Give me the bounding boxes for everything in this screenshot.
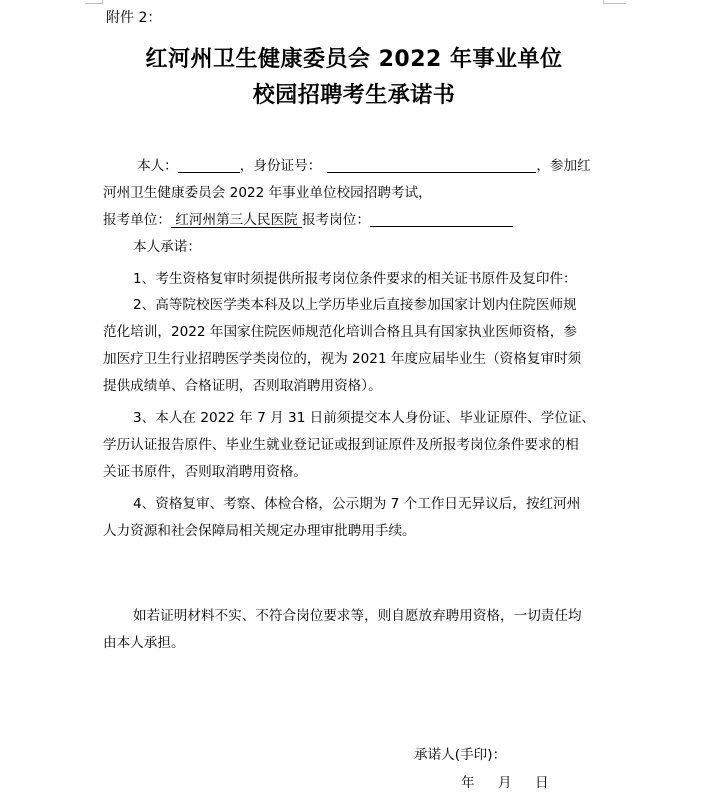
unit-field[interactable]: 红河州第三人民医院: [171, 212, 302, 228]
page-corner-mark-left: [85, 0, 103, 4]
page-corner-mark-right: [603, 0, 626, 4]
signature-year: 年: [461, 773, 475, 793]
promise-item-2-line-3: 加医疗卫生行业招聘医学类岗位的，视为 2021 年度应届毕业生（资格复审时须: [103, 346, 581, 372]
document-title-line-2: 校园招聘考生承诺书: [103, 78, 605, 114]
promise-item-4-line-2: 人力资源和社会保障局相关规定办理审批聘用手续。: [103, 518, 416, 544]
unit-label: 报考单位：: [103, 212, 171, 228]
signature-month: 月: [498, 773, 512, 793]
promise-item-2-line-2: 范化培训，2022 年国家住院医师规范化培训合格且具有国家执业医师资格，参: [103, 319, 577, 345]
id-label: ，身份证号：: [240, 158, 322, 174]
name-field[interactable]: [178, 155, 240, 173]
promise-item-1-line-1: 1、考生资格复审时须提供所报考岗位条件要求的相关证书原件及复印件：: [133, 266, 577, 292]
signature-day: 日: [535, 773, 549, 793]
promise-item-3-line-1: 3、本人在 2022 年 7 月 31 日前须提交本人身份证、毕业证原件、学位证…: [133, 405, 595, 431]
declaration-line-2: 河州卫生健康委员会 2022 年事业单位校园招聘考试，: [103, 180, 432, 206]
document-title-line-1: 红河州卫生健康委员会 2022 年事业单位: [103, 42, 605, 78]
self-label: 本人：: [137, 158, 178, 174]
promise-heading: 本人承诺：: [133, 234, 201, 260]
promise-item-2-line-4: 提供成绩单、合格证明，否则取消聘用资格）。: [103, 373, 382, 399]
position-label: 报考岗位：: [302, 212, 370, 228]
promise-item-4-line-1: 4、资格复审、考察、体检合格，公示期为 7 个工作日无异议后，按红河州: [133, 491, 580, 517]
position-field[interactable]: [370, 209, 513, 227]
join-text: ，参加红: [536, 158, 590, 174]
id-number-field[interactable]: [327, 155, 536, 173]
closing-line-1: 如若证明材料不实、不符合岗位要求等，则自愿放弃聘用资格，一切责任均: [133, 603, 582, 629]
promise-item-2-line-1: 2、高等院校医学类本科及以上学历毕业后直接参加国家计划内住院医师规: [133, 292, 577, 318]
promise-item-3-line-3: 关证书原件，否则取消聘用资格。: [103, 459, 307, 485]
declaration-line-1: 本人：，身份证号：，参加红: [137, 153, 591, 179]
promise-item-3-line-2: 学历认证报告原件、毕业生就业登记证或报到证原件及所报考岗位条件要求的相: [103, 432, 579, 458]
signature-label: 承诺人(手印)：: [414, 745, 506, 765]
closing-line-2: 由本人承担。: [103, 630, 185, 656]
declaration-line-3: 报考单位： 红河州第三人民医院 报考岗位：: [103, 207, 513, 233]
attachment-label: 附件 2：: [106, 8, 161, 28]
